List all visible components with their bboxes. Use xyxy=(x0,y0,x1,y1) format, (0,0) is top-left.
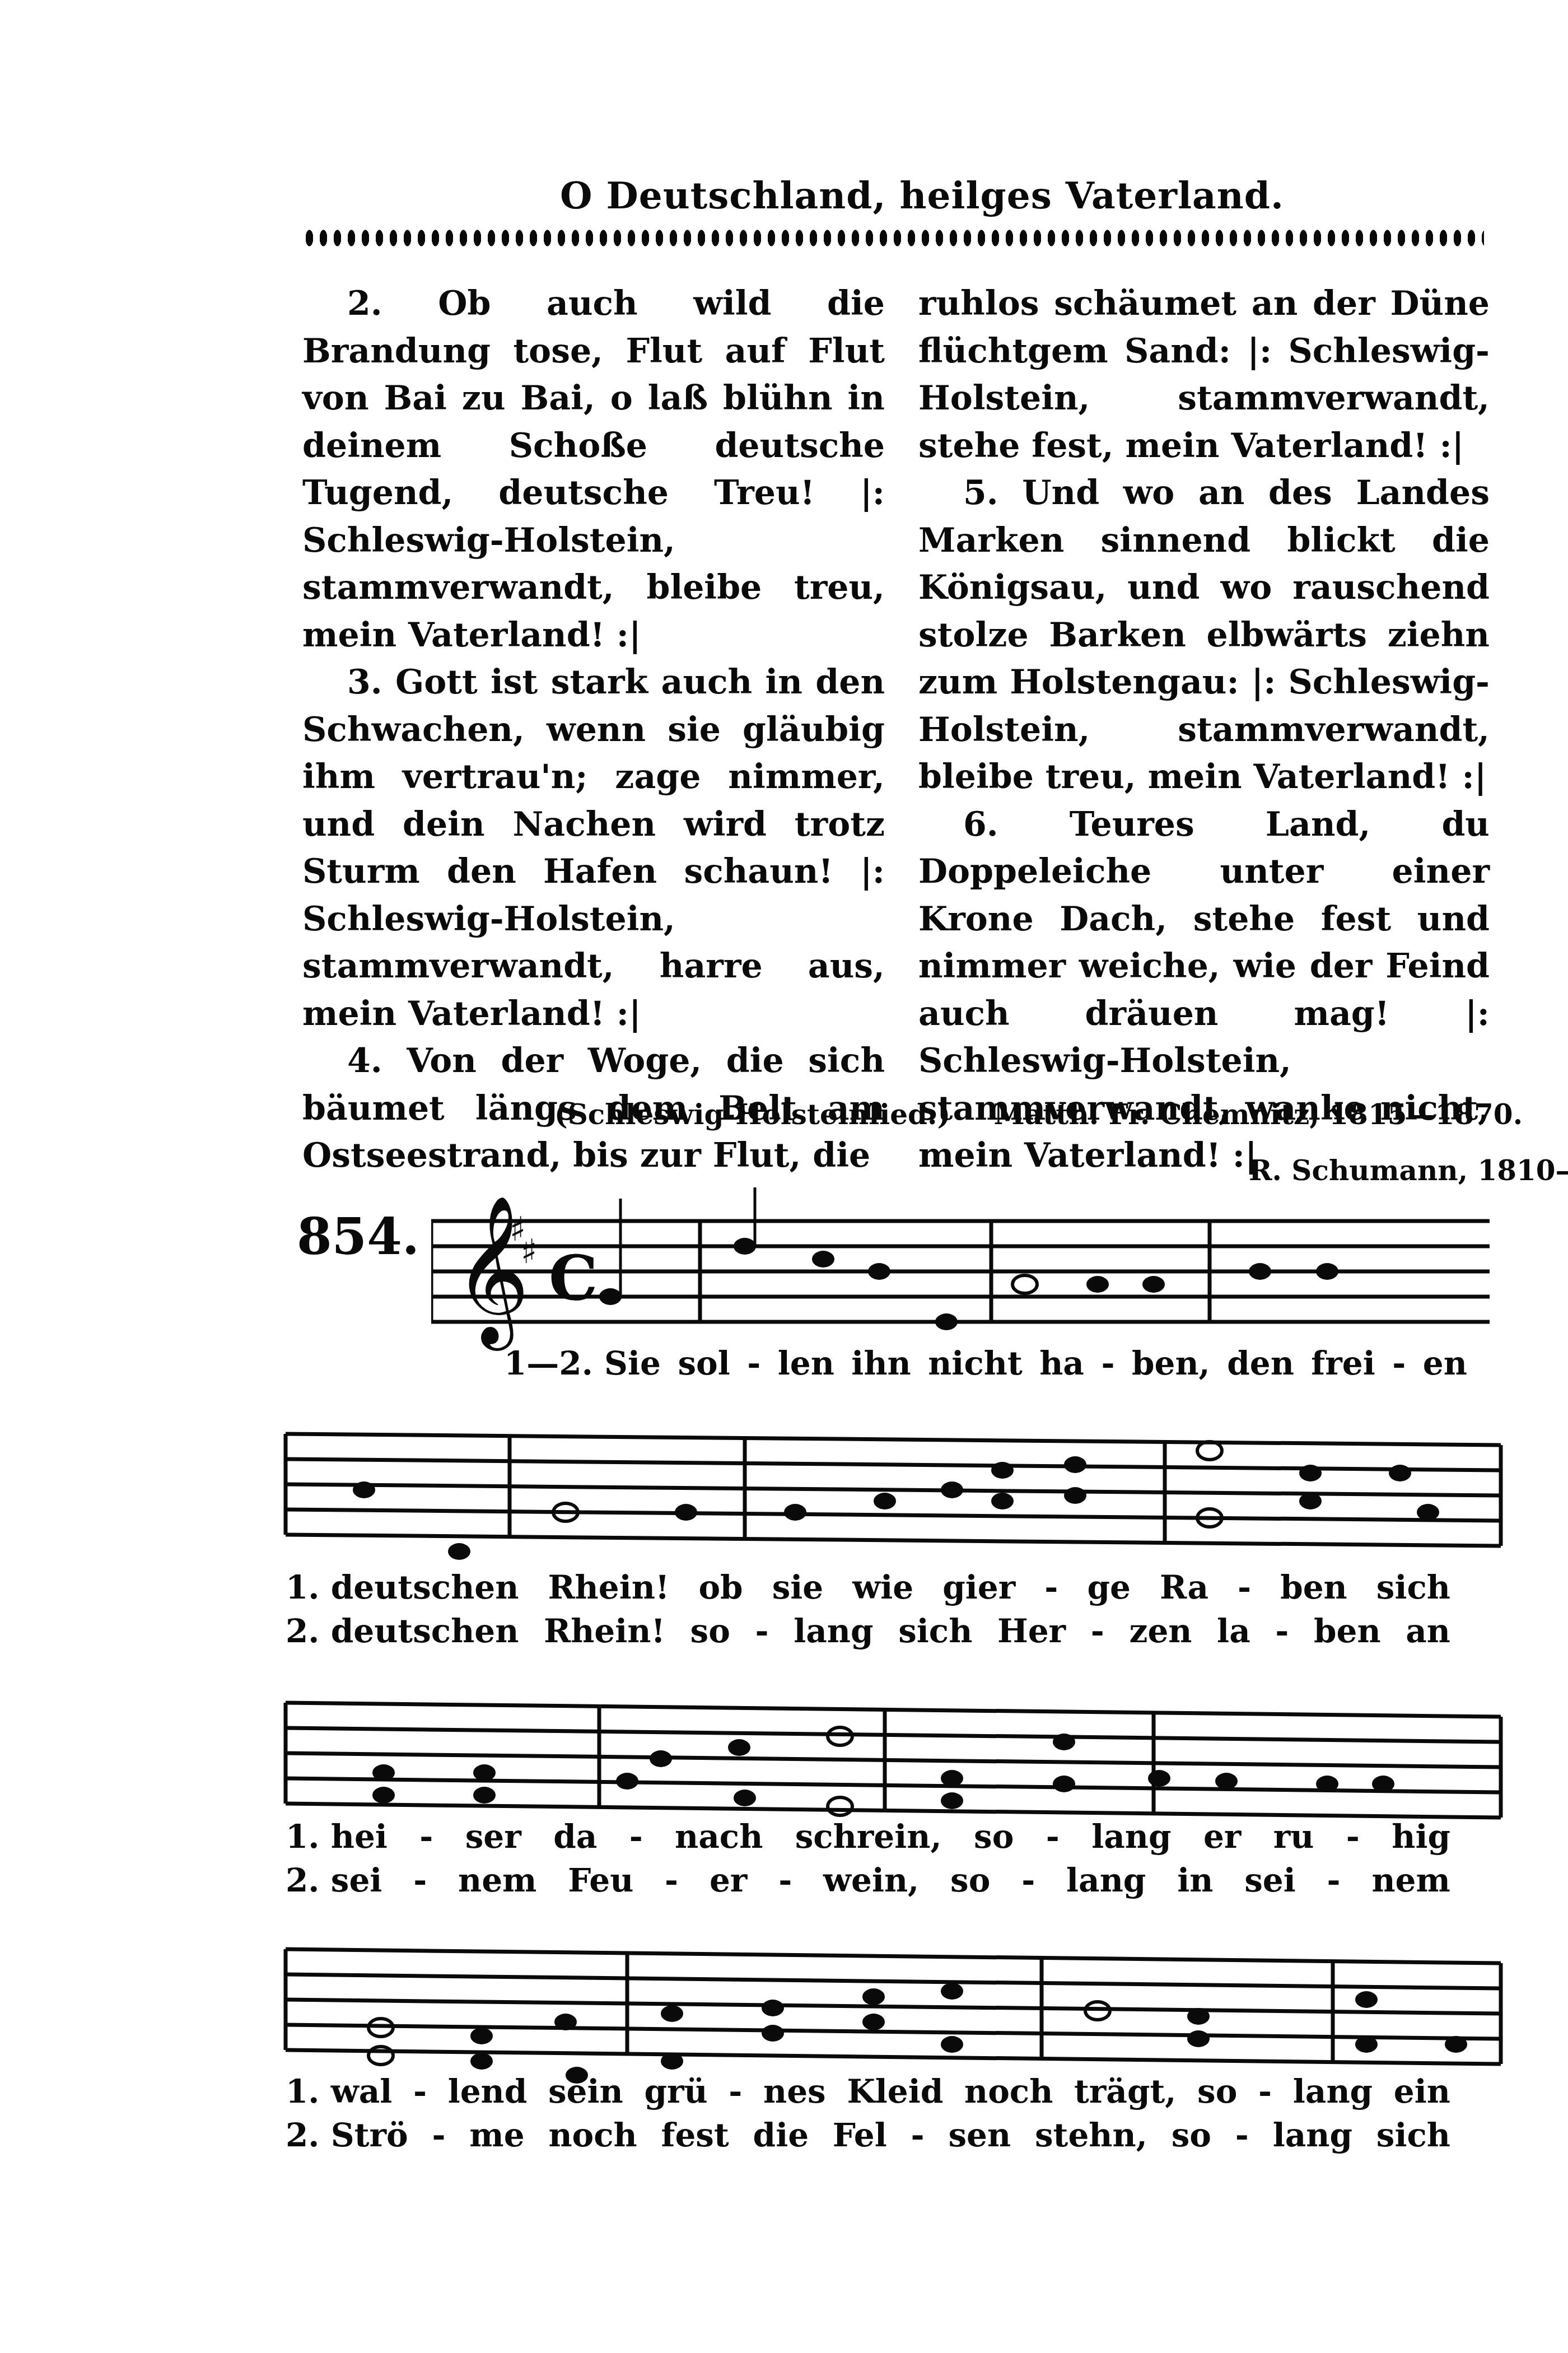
syllable: noch xyxy=(548,2116,637,2160)
syllable: - xyxy=(629,1818,643,1861)
syllable: trägt, xyxy=(1074,2072,1176,2116)
syllable: Ra xyxy=(1160,1568,1208,1612)
syllable: ob xyxy=(698,1568,743,1612)
syllable: - xyxy=(1091,1612,1104,1656)
lyric-line-2: 2. Strö - me noch fest die Fel - sen ste… xyxy=(286,2116,1450,2160)
syllable: hig xyxy=(1392,1818,1450,1861)
syllable: 1. hei xyxy=(286,1818,388,1861)
syllable: da xyxy=(553,1818,597,1861)
syllable: grü xyxy=(644,2072,707,2116)
syllable: 1—2. Sie xyxy=(504,1344,661,1388)
syllable: so xyxy=(1197,2072,1237,2116)
syllable: sich xyxy=(898,1612,972,1656)
syllable: noch xyxy=(964,2072,1053,2116)
syllable: nach xyxy=(675,1818,763,1861)
syllable: nicht xyxy=(928,1344,1022,1388)
verse-3: 3. Gott ist stark auch in den Schwachen,… xyxy=(302,659,885,1037)
syllable: - xyxy=(413,1861,427,1905)
syllable: ben, xyxy=(1132,1344,1210,1388)
syllable: - xyxy=(729,2072,742,2116)
syllable: - xyxy=(778,1861,792,1905)
syllable: er xyxy=(710,1861,747,1905)
verse-text: ruhlos schäumet an der Düne flüchtgem Sa… xyxy=(918,284,1490,465)
syllable: - xyxy=(1238,1568,1251,1612)
syllable: fest xyxy=(661,2116,729,2160)
syllable: la xyxy=(1217,1612,1250,1656)
syllable: nem xyxy=(458,1861,536,1905)
verse-text: Ob auch wild die Brandung tose, Flut auf… xyxy=(302,284,885,655)
syllable: 2. sei xyxy=(286,1861,382,1905)
verse-column-right: ruhlos schäumet an der Düne flüchtgem Sa… xyxy=(918,280,1490,1180)
syllable: me xyxy=(469,2116,524,2160)
syllable: - xyxy=(747,1344,760,1388)
verse-number: 3. xyxy=(347,663,382,702)
verse-4-continued: ruhlos schäumet an der Düne flüchtgem Sa… xyxy=(918,280,1490,469)
syllable: - xyxy=(755,1612,768,1656)
syllable: - xyxy=(1392,1344,1406,1388)
lyric-line-2: 2. deutschen Rhein! so - lang sich Her -… xyxy=(286,1612,1450,1656)
syllable: die xyxy=(753,2116,809,2160)
running-title: O Deutschland, heilges Vaterland. xyxy=(560,174,1288,217)
syllable: so xyxy=(1172,2116,1211,2160)
syllable: Feu xyxy=(568,1861,633,1905)
syllable: 2. deutschen xyxy=(286,1612,519,1656)
lyric-line-1: 1. wal - lend sein grü - nes Kleid noch … xyxy=(286,2072,1450,2116)
hymn-number: 854. xyxy=(297,1207,419,1266)
song-source: (Schleswig-Holsteinlied.) xyxy=(554,1098,950,1131)
syllable: ru xyxy=(1273,1818,1314,1861)
lyrics-system-3: 1. hei - ser da - nach schrein, so - lan… xyxy=(286,1818,1450,1905)
lyricist: Matth. Fr. Chemnitz, 1815—1870. xyxy=(994,1098,1523,1131)
syllable: zen xyxy=(1129,1612,1192,1656)
syllable: 1. deutschen xyxy=(286,1568,519,1612)
syllable: - xyxy=(1346,1818,1360,1861)
syllable: - xyxy=(1235,2116,1249,2160)
syllable: wie xyxy=(852,1568,913,1612)
verse-number: 4. xyxy=(347,1041,382,1080)
syllable: gier xyxy=(942,1568,1015,1612)
music-staff-1: 𝄞 ♯ ♯ C xyxy=(431,1187,1495,1355)
syllable: - xyxy=(1046,1818,1060,1861)
verse-5: 5. Und wo an des Landes Marken sinnend b… xyxy=(918,469,1490,801)
syllable: Her xyxy=(997,1612,1066,1656)
syllable: in xyxy=(1177,1861,1213,1905)
syllable: nes xyxy=(763,2072,826,2116)
verse-column-left: 2. Ob auch wild die Brandung tose, Flut … xyxy=(302,280,885,1180)
staff-notation-icon xyxy=(280,1411,1512,1579)
syllable: - xyxy=(1275,1612,1289,1656)
syllable: Rhein! xyxy=(544,1612,665,1656)
syllable: Rhein! xyxy=(548,1568,669,1612)
staff-notation-icon: 𝄞 ♯ ♯ C xyxy=(431,1187,1495,1355)
music-staff-2 xyxy=(280,1411,1512,1579)
syllable: lang xyxy=(1293,2072,1373,2116)
composer-credit: R. Schumann, 1810—1856. xyxy=(1249,1154,1568,1187)
syllable: Fel xyxy=(833,2116,887,2160)
syllable: nem xyxy=(1371,1861,1450,1905)
lyrics-system-1: 1—2. Sie sol - len ihn nicht ha - ben, d… xyxy=(504,1344,1467,1388)
syllable: so xyxy=(690,1612,730,1656)
svg-text:♯: ♯ xyxy=(521,1232,537,1271)
syllable: er xyxy=(1203,1818,1241,1861)
lyrics-system-4: 1. wal - lend sein grü - nes Kleid noch … xyxy=(286,2072,1450,2160)
syllable: sol xyxy=(678,1344,730,1388)
lyric-line-1: 1. deutschen Rhein! ob sie wie gier - ge… xyxy=(286,1568,1450,1612)
verse-number: 2. xyxy=(347,284,382,323)
syllable: ge xyxy=(1087,1568,1130,1612)
verse-number: 6. xyxy=(963,805,998,844)
syllable: so xyxy=(950,1861,990,1905)
syllable: so xyxy=(974,1818,1014,1861)
lyric-line-1-2: 1—2. Sie sol - len ihn nicht ha - ben, d… xyxy=(504,1344,1467,1388)
syllable: ihn xyxy=(851,1344,911,1388)
syllable: - xyxy=(413,2072,427,2116)
verse-text: Gott ist stark auch in den Schwachen, we… xyxy=(302,663,885,1033)
lyrics-system-2: 1. deutschen Rhein! ob sie wie gier - ge… xyxy=(286,1568,1450,1656)
syllable: frei xyxy=(1311,1344,1375,1388)
ornamental-dotted-rule xyxy=(302,229,1484,248)
syllable: en xyxy=(1423,1344,1467,1388)
syllable: lend xyxy=(448,2072,528,2116)
verse-number: 5. xyxy=(963,473,998,512)
syllable: sen xyxy=(948,2116,1011,2160)
syllable: ben xyxy=(1280,1568,1347,1612)
syllable: wein, xyxy=(823,1861,919,1905)
syllable: - xyxy=(432,2116,445,2160)
syllable: - xyxy=(1327,1861,1341,1905)
syllable: - xyxy=(1258,2072,1272,2116)
svg-text:C: C xyxy=(549,1242,598,1314)
lyric-line-1: 1. hei - ser da - nach schrein, so - lan… xyxy=(286,1818,1450,1861)
syllable: - xyxy=(1101,1344,1114,1388)
syllable: ser xyxy=(465,1818,521,1861)
lyric-line-2: 2. sei - nem Feu - er - wein, so - lang … xyxy=(286,1861,1450,1905)
syllable: len xyxy=(778,1344,834,1388)
syllable: - xyxy=(419,1818,433,1861)
staff-notation-icon xyxy=(280,1938,1512,2084)
syllable: sein xyxy=(548,2072,623,2116)
text-attribution: (Schleswig-Holsteinlied.) Matth. Fr. Che… xyxy=(554,1098,1495,1131)
syllable: - xyxy=(665,1861,678,1905)
music-staff-4 xyxy=(280,1938,1512,2084)
syllable: den xyxy=(1227,1344,1294,1388)
syllable: sie xyxy=(772,1568,824,1612)
syllable: - xyxy=(911,2116,925,2160)
syllable: Kleid xyxy=(847,2072,943,2116)
syllable: ha xyxy=(1039,1344,1084,1388)
syllable: lang xyxy=(1066,1861,1146,1905)
syllable: sich xyxy=(1376,1568,1450,1612)
syllable: ein xyxy=(1394,2072,1450,2116)
syllable: 2. Strö xyxy=(286,2116,408,2160)
syllable: stehn, xyxy=(1035,2116,1147,2160)
syllable: ben xyxy=(1314,1612,1381,1656)
verse-text: Und wo an des Landes Marken sinnend blic… xyxy=(918,473,1490,796)
syllable: lang xyxy=(1273,2116,1352,2160)
syllable: schrein, xyxy=(795,1818,942,1861)
syllable: - xyxy=(1021,1861,1035,1905)
verse-2: 2. Ob auch wild die Brandung tose, Flut … xyxy=(302,280,885,659)
syllable: 1. wal xyxy=(286,2072,392,2116)
syllable: lang xyxy=(1091,1818,1171,1861)
hymnal-page: O Deutschland, heilges Vaterland. 2. Ob … xyxy=(0,0,1568,2353)
syllable: sich xyxy=(1376,2116,1450,2160)
syllable: - xyxy=(1044,1568,1058,1612)
syllable: an xyxy=(1406,1612,1450,1656)
syllable: lang xyxy=(794,1612,873,1656)
syllable: sei xyxy=(1244,1861,1296,1905)
